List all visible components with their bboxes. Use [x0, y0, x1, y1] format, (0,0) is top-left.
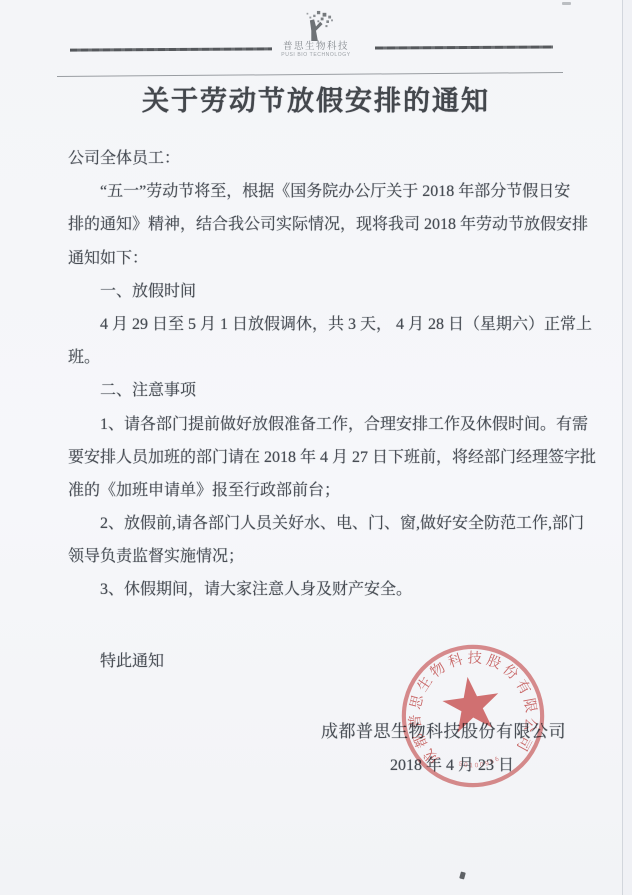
- notice-line: 领导负责监督实施情况；: [68, 540, 580, 573]
- company-seal: 成都普思生物科技股份有限公司 50100956: [384, 627, 562, 805]
- notice-line: 排的通知》精神，结合我公司实际情况，现将我司 2018 年劳动节放假安排: [68, 208, 580, 241]
- seal-star-icon: [440, 673, 503, 734]
- header-rule-full: [57, 72, 563, 77]
- notice-line: 一、放假时间: [68, 275, 580, 308]
- notice-line: 4 月 29 日至 5 月 1 日放假调休，共 3 天， 4 月 28 日（星期…: [68, 308, 580, 341]
- notice-line: 准的《加班申请单》报至行政部前台；: [68, 474, 580, 507]
- scan-edge-band: [623, 0, 632, 895]
- notice-line: 二、注意事项: [68, 374, 580, 407]
- scan-speck-bottom-right: [459, 871, 466, 879]
- logo-name-en: PUSI BIO TECHNOLOGY: [246, 52, 386, 58]
- closing-line: 特此通知: [100, 648, 164, 671]
- notice-line: 要安排人员加班的部门请在 2018 年 4 月 27 日下班前，将经部门经理签字…: [68, 441, 580, 474]
- scanned-notice-page: 普思生物科技 PUSI BIO TECHNOLOGY 关于劳动节放假安排的通知 …: [0, 0, 632, 895]
- notice-line: 通知如下：: [68, 242, 580, 275]
- notice-line: 1、请各部门提前做好放假准备工作，合理安排工作及休假时间。有需: [68, 408, 580, 441]
- scan-speck-top-right: [562, 2, 571, 5]
- logo-name-cn: 普思生物科技: [246, 42, 386, 52]
- notice-line: 3、休假期间，请大家注意人身及财产安全。: [68, 573, 580, 606]
- header-rule-right: [375, 45, 553, 49]
- company-logo: 普思生物科技 PUSI BIO TECHNOLOGY: [246, 10, 386, 58]
- notice-line: 公司全体员工：: [68, 142, 580, 175]
- notice-line: “五一”劳动节将至，根据《国务院办公厅关于 2018 年部分节假日安: [68, 175, 580, 208]
- seal-serial-text: 50100956: [457, 754, 503, 772]
- header-rule-left: [70, 47, 272, 51]
- notice-line: 2、放假前,请各部门人员关好水、电、门、窗,做好安全防范工作,部门: [68, 507, 580, 540]
- notice-line: 班。: [68, 341, 580, 374]
- notice-body: 公司全体员工： “五一”劳动节将至，根据《国务院办公厅关于 2018 年部分节假…: [68, 142, 580, 607]
- notice-title: 关于劳动节放假安排的通知: [0, 79, 632, 118]
- tree-pixel-logo-icon: [297, 10, 335, 42]
- scan-edge-line: [622, 0, 624, 895]
